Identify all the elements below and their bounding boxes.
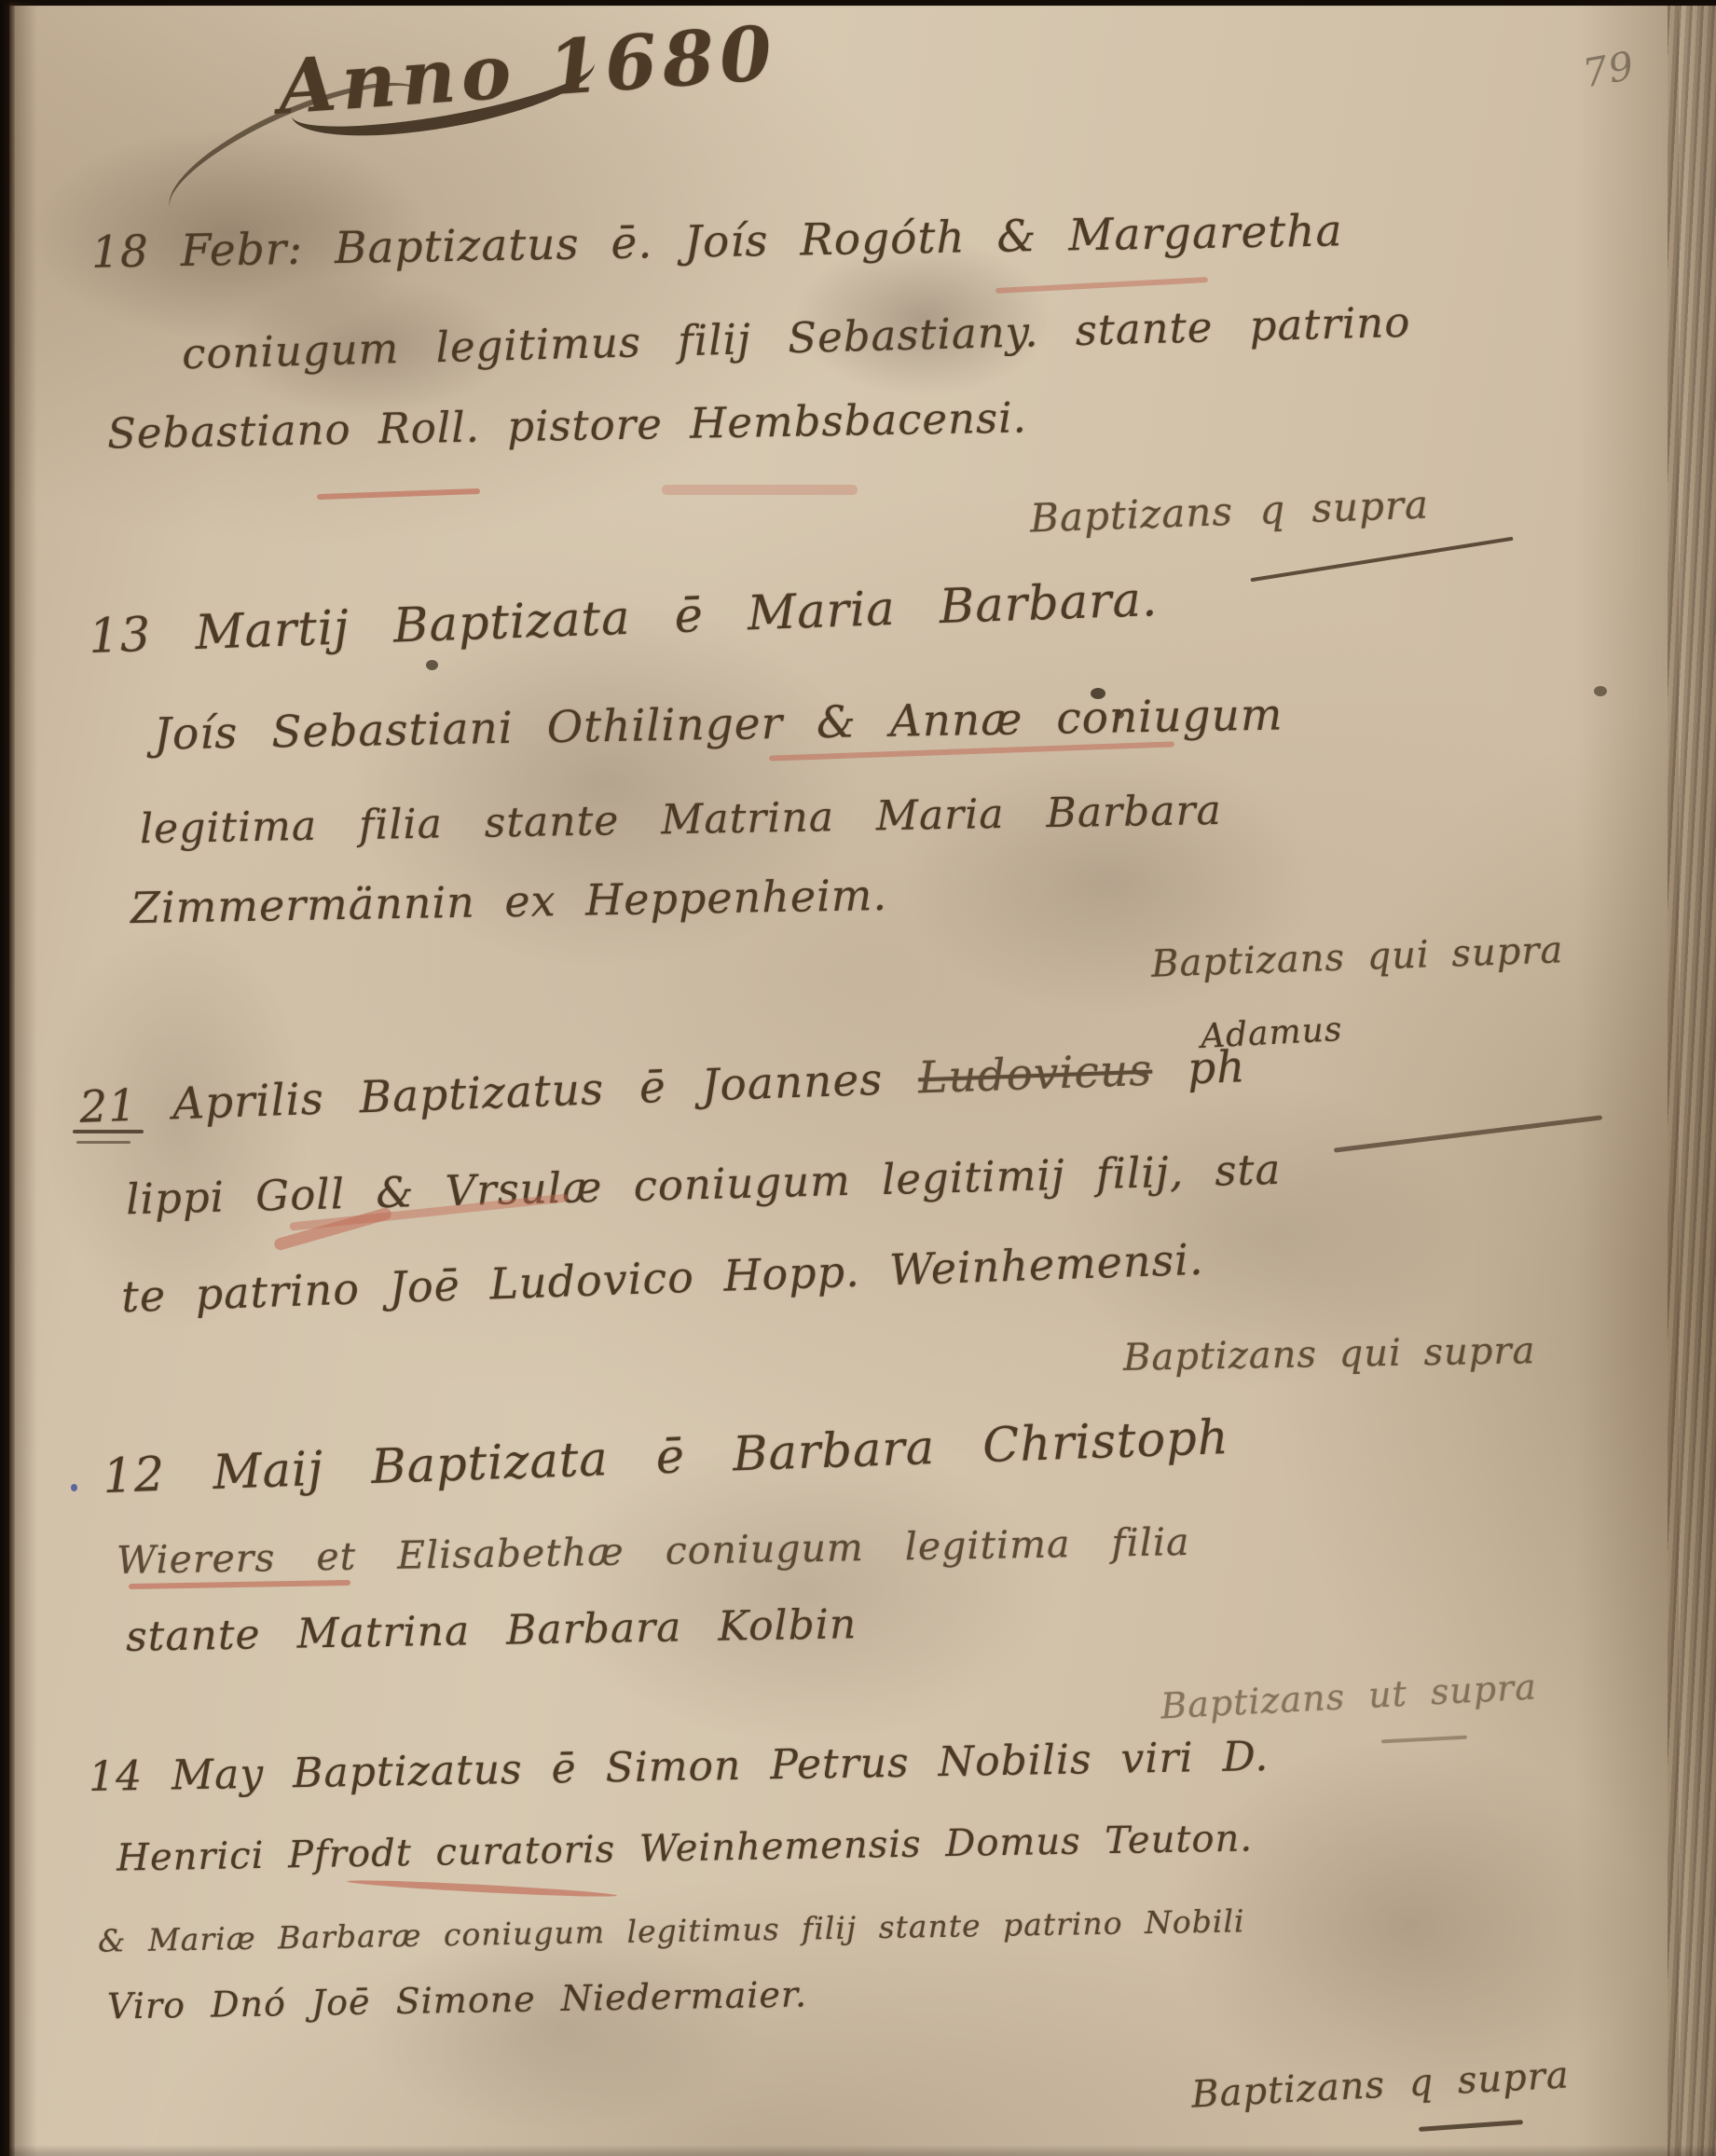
entry-1-line-2: coniugum legitimus filij Sebastiany. sta… [182, 297, 1411, 378]
year-heading: Anno 1680 [275, 8, 780, 130]
entry-3-line-1-pre: 21 Aprilis Baptizatus ē Joannes [78, 1052, 919, 1133]
entry-5-line-1: 14 May Baptizatus ē Simon Petrus Nobilis… [89, 1733, 1270, 1801]
red-smear [662, 485, 858, 495]
manuscript-scan: Anno 1680 79 18 Febr: Baptizatus ē. Joís… [0, 0, 1716, 2156]
entry-5-line-3: & Mariæ Barbaræ coniugum legitimus filij… [98, 1902, 1245, 1958]
entry-4-line-3: stante Matrina Barbara Kolbin [126, 1600, 858, 1661]
entry-3-superscript-name: Adamus [1200, 1010, 1343, 1056]
binding-shadow [9, 0, 37, 2156]
page-edge-shading [1576, 6, 1679, 2156]
entry-4-line-1: 12 Maij Baptizata ē Barbara Christoph [102, 1410, 1229, 1504]
entry-3-struck-name: Ludovicus [917, 1045, 1153, 1105]
entry-3-line-1: 21 Aprilis Baptizatus ē Joannes Ludovicu… [78, 1041, 1246, 1133]
entry-3-line-2: lippi Goll & Vrsulæ coniugum legitimij f… [126, 1145, 1282, 1224]
entry-3-closing: Baptizans qui supra [1123, 1329, 1536, 1380]
bottom-edge [0, 2145, 1716, 2156]
date-underline [76, 1141, 130, 1144]
entry-2-line-1: 13 Martij Baptizata ē Maria Barbara. [88, 572, 1159, 665]
entry-4-line-2: Wierers et Elisabethæ coniugum legitima … [117, 1519, 1190, 1583]
paper-page: Anno 1680 79 18 Febr: Baptizatus ē. Joís… [9, 6, 1716, 2156]
ink-speck [426, 660, 438, 670]
red-underline-pfrodt [347, 1877, 617, 1899]
entry-5-line-2: Henrici Pfrodt curatoris Weinhemensis Do… [117, 1817, 1254, 1879]
closing-underline [1419, 2120, 1523, 2132]
entry-2-line-2: Joís Sebastiani Othilinger & Annæ coniug… [154, 689, 1284, 760]
entry-2-line-4: Zimmermännin ex Heppenheim. [130, 870, 888, 933]
red-underline-roll [317, 488, 480, 500]
entry-5-closing: Baptizans q supra [1190, 2053, 1571, 2116]
stain [364, 1926, 755, 2131]
entry-1-line-3: Sebastiano Roll. pistore Hembsbacensi. [107, 392, 1028, 458]
top-edge [0, 0, 1716, 7]
entry-4-closing: Baptizans ut supra [1160, 1666, 1538, 1726]
entry-2-closing: Baptizans qui supra [1150, 928, 1564, 985]
entry-5-line-4: Viro Dnó Joē Simone Niedermaier. [107, 1973, 808, 2026]
closing-underline [1381, 1736, 1467, 1744]
red-underline-rogoth [995, 277, 1208, 294]
strike-flourish [1334, 1115, 1602, 1152]
page-edge-texture [1668, 6, 1716, 2156]
flourish-stroke [1250, 537, 1513, 583]
entry-1-closing: Baptizans q supra [1029, 482, 1430, 542]
entry-2-line-3: legitima filia stante Matrina Maria Barb… [140, 787, 1223, 853]
date-underline [73, 1130, 144, 1133]
blue-speck [71, 1484, 77, 1491]
entry-1-line-1: 18 Febr: Baptizatus ē. Joís Rogóth & Mar… [91, 205, 1343, 278]
